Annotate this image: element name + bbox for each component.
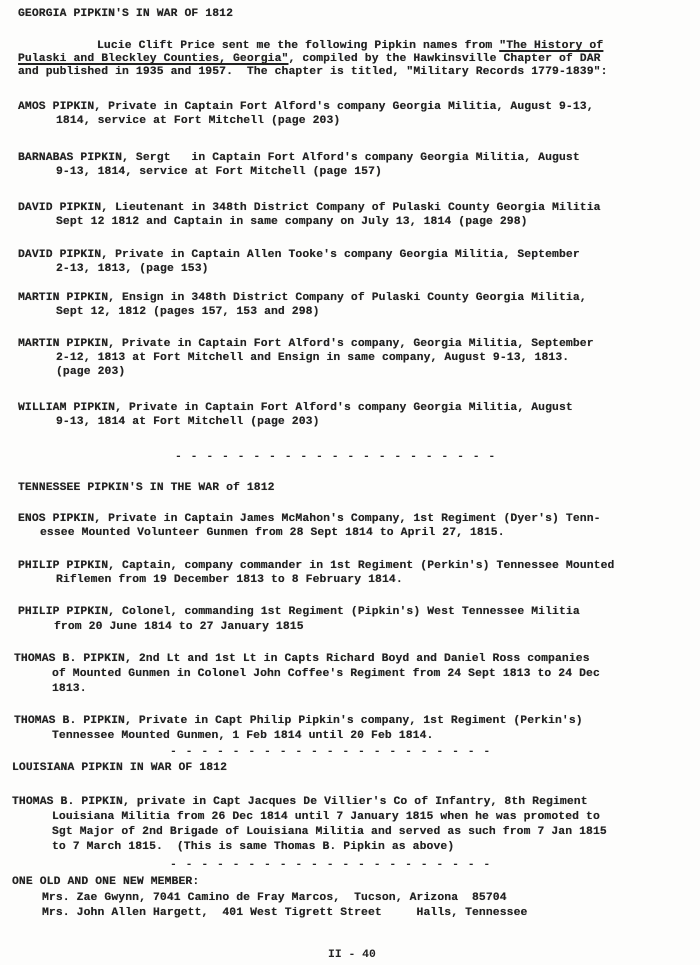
section-separator: - - - - - - - - - - - - - - - - - - - - …	[170, 746, 491, 758]
entry-line: Sgt Major of 2nd Brigade of Louisiana Mi…	[52, 826, 607, 839]
entry-line: 9-13, 1814, service at Fort Mitchell (pa…	[56, 166, 382, 179]
section-separator: - - - - - - - - - - - - - - - - - - - - …	[175, 451, 496, 463]
entry-line: Sept 12, 1812 (pages 157, 153 and 298)	[56, 306, 320, 319]
entry-line: DAVID PIPKIN, Lieutenant in 348th Distri…	[18, 202, 601, 215]
tennessee-heading: TENNESSEE PIPKIN'S IN THE WAR of 1812	[18, 482, 275, 495]
entry-line: BARNABAS PIPKIN, Sergt in Captain Fort A…	[18, 152, 580, 165]
entry-line: 1814, service at Fort Mitchell (page 203…	[56, 115, 340, 128]
entry-line: essee Mounted Volunteer Gunmen from 28 S…	[40, 527, 505, 540]
entry-line: PHILIP PIPKIN, Colonel, commanding 1st R…	[18, 606, 580, 619]
entry-line: from 20 June 1814 to 27 January 1815	[54, 621, 304, 634]
entry-line: Tennessee Mounted Gunmen, 1 Feb 1814 unt…	[52, 730, 433, 743]
entry-line: PHILIP PIPKIN, Captain, company commande…	[18, 560, 614, 573]
entry-line: 9-13, 1814 at Fort Mitchell (page 203)	[56, 416, 320, 429]
book-title-underlined: Pulaski and Bleckley Counties, Georgia"	[18, 53, 288, 65]
entry-line: of Mounted Gunmen in Colonel John Coffee…	[52, 668, 600, 681]
entry-line: THOMAS B. PIPKIN, Private in Capt Philip…	[14, 715, 583, 728]
intro-line-3: and published in 1935 and 1957. The chap…	[18, 66, 608, 79]
georgia-heading: GEORGIA PIPKIN'S IN WAR OF 1812	[18, 8, 233, 21]
entry-line: to 7 March 1815. (This is same Thomas B.…	[52, 841, 454, 854]
entry-line: MARTIN PIPKIN, Ensign in 348th District …	[18, 292, 587, 305]
page-number: II - 40	[328, 949, 376, 961]
intro-text: Lucie Clift Price sent me the following …	[97, 40, 499, 52]
entry-line: Sept 12 1812 and Captain in same company…	[56, 216, 528, 229]
intro-text: , compiled by the Hawkinsville Chapter o…	[288, 53, 600, 65]
entry-line: WILLIAM PIPKIN, Private in Captain Fort …	[18, 402, 573, 415]
member-line: Mrs. John Allen Hargett, 401 West Tigret…	[42, 907, 527, 920]
louisiana-heading: LOUISIANA PIPKIN IN WAR OF 1812	[12, 762, 227, 775]
entry-line: MARTIN PIPKIN, Private in Captain Fort A…	[18, 338, 594, 351]
entry-line: (page 203)	[56, 366, 125, 379]
intro-line-2: Pulaski and Bleckley Counties, Georgia",…	[18, 53, 601, 66]
entry-line: 2-12, 1813 at Fort Mitchell and Ensign i…	[56, 352, 569, 365]
entry-line: Louisiana Militia from 26 Dec 1814 until…	[52, 811, 600, 824]
intro-line-1: Lucie Clift Price sent me the following …	[97, 40, 603, 53]
entry-line: AMOS PIPKIN, Private in Captain Fort Alf…	[18, 101, 594, 114]
entry-line: THOMAS B. PIPKIN, private in Capt Jacque…	[12, 796, 588, 809]
members-heading: ONE OLD AND ONE NEW MEMBER:	[12, 876, 199, 889]
section-separator: - - - - - - - - - - - - - - - - - - - - …	[170, 859, 491, 871]
member-line: Mrs. Zae Gwynn, 7041 Camino de Fray Marc…	[42, 892, 507, 905]
entry-line: DAVID PIPKIN, Private in Captain Allen T…	[18, 249, 580, 262]
entry-line: THOMAS B. PIPKIN, 2nd Lt and 1st Lt in C…	[14, 653, 590, 666]
book-title-underlined: "The History of	[499, 40, 603, 52]
entry-line: Riflemen from 19 December 1813 to 8 Febr…	[56, 574, 403, 587]
entry-line: 2-13, 1813, (page 153)	[56, 263, 209, 276]
document-page: GEORGIA PIPKIN'S IN WAR OF 1812 Lucie Cl…	[0, 0, 700, 965]
entry-line: 1813.	[52, 683, 87, 696]
entry-line: ENOS PIPKIN, Private in Captain James Mc…	[18, 513, 601, 526]
